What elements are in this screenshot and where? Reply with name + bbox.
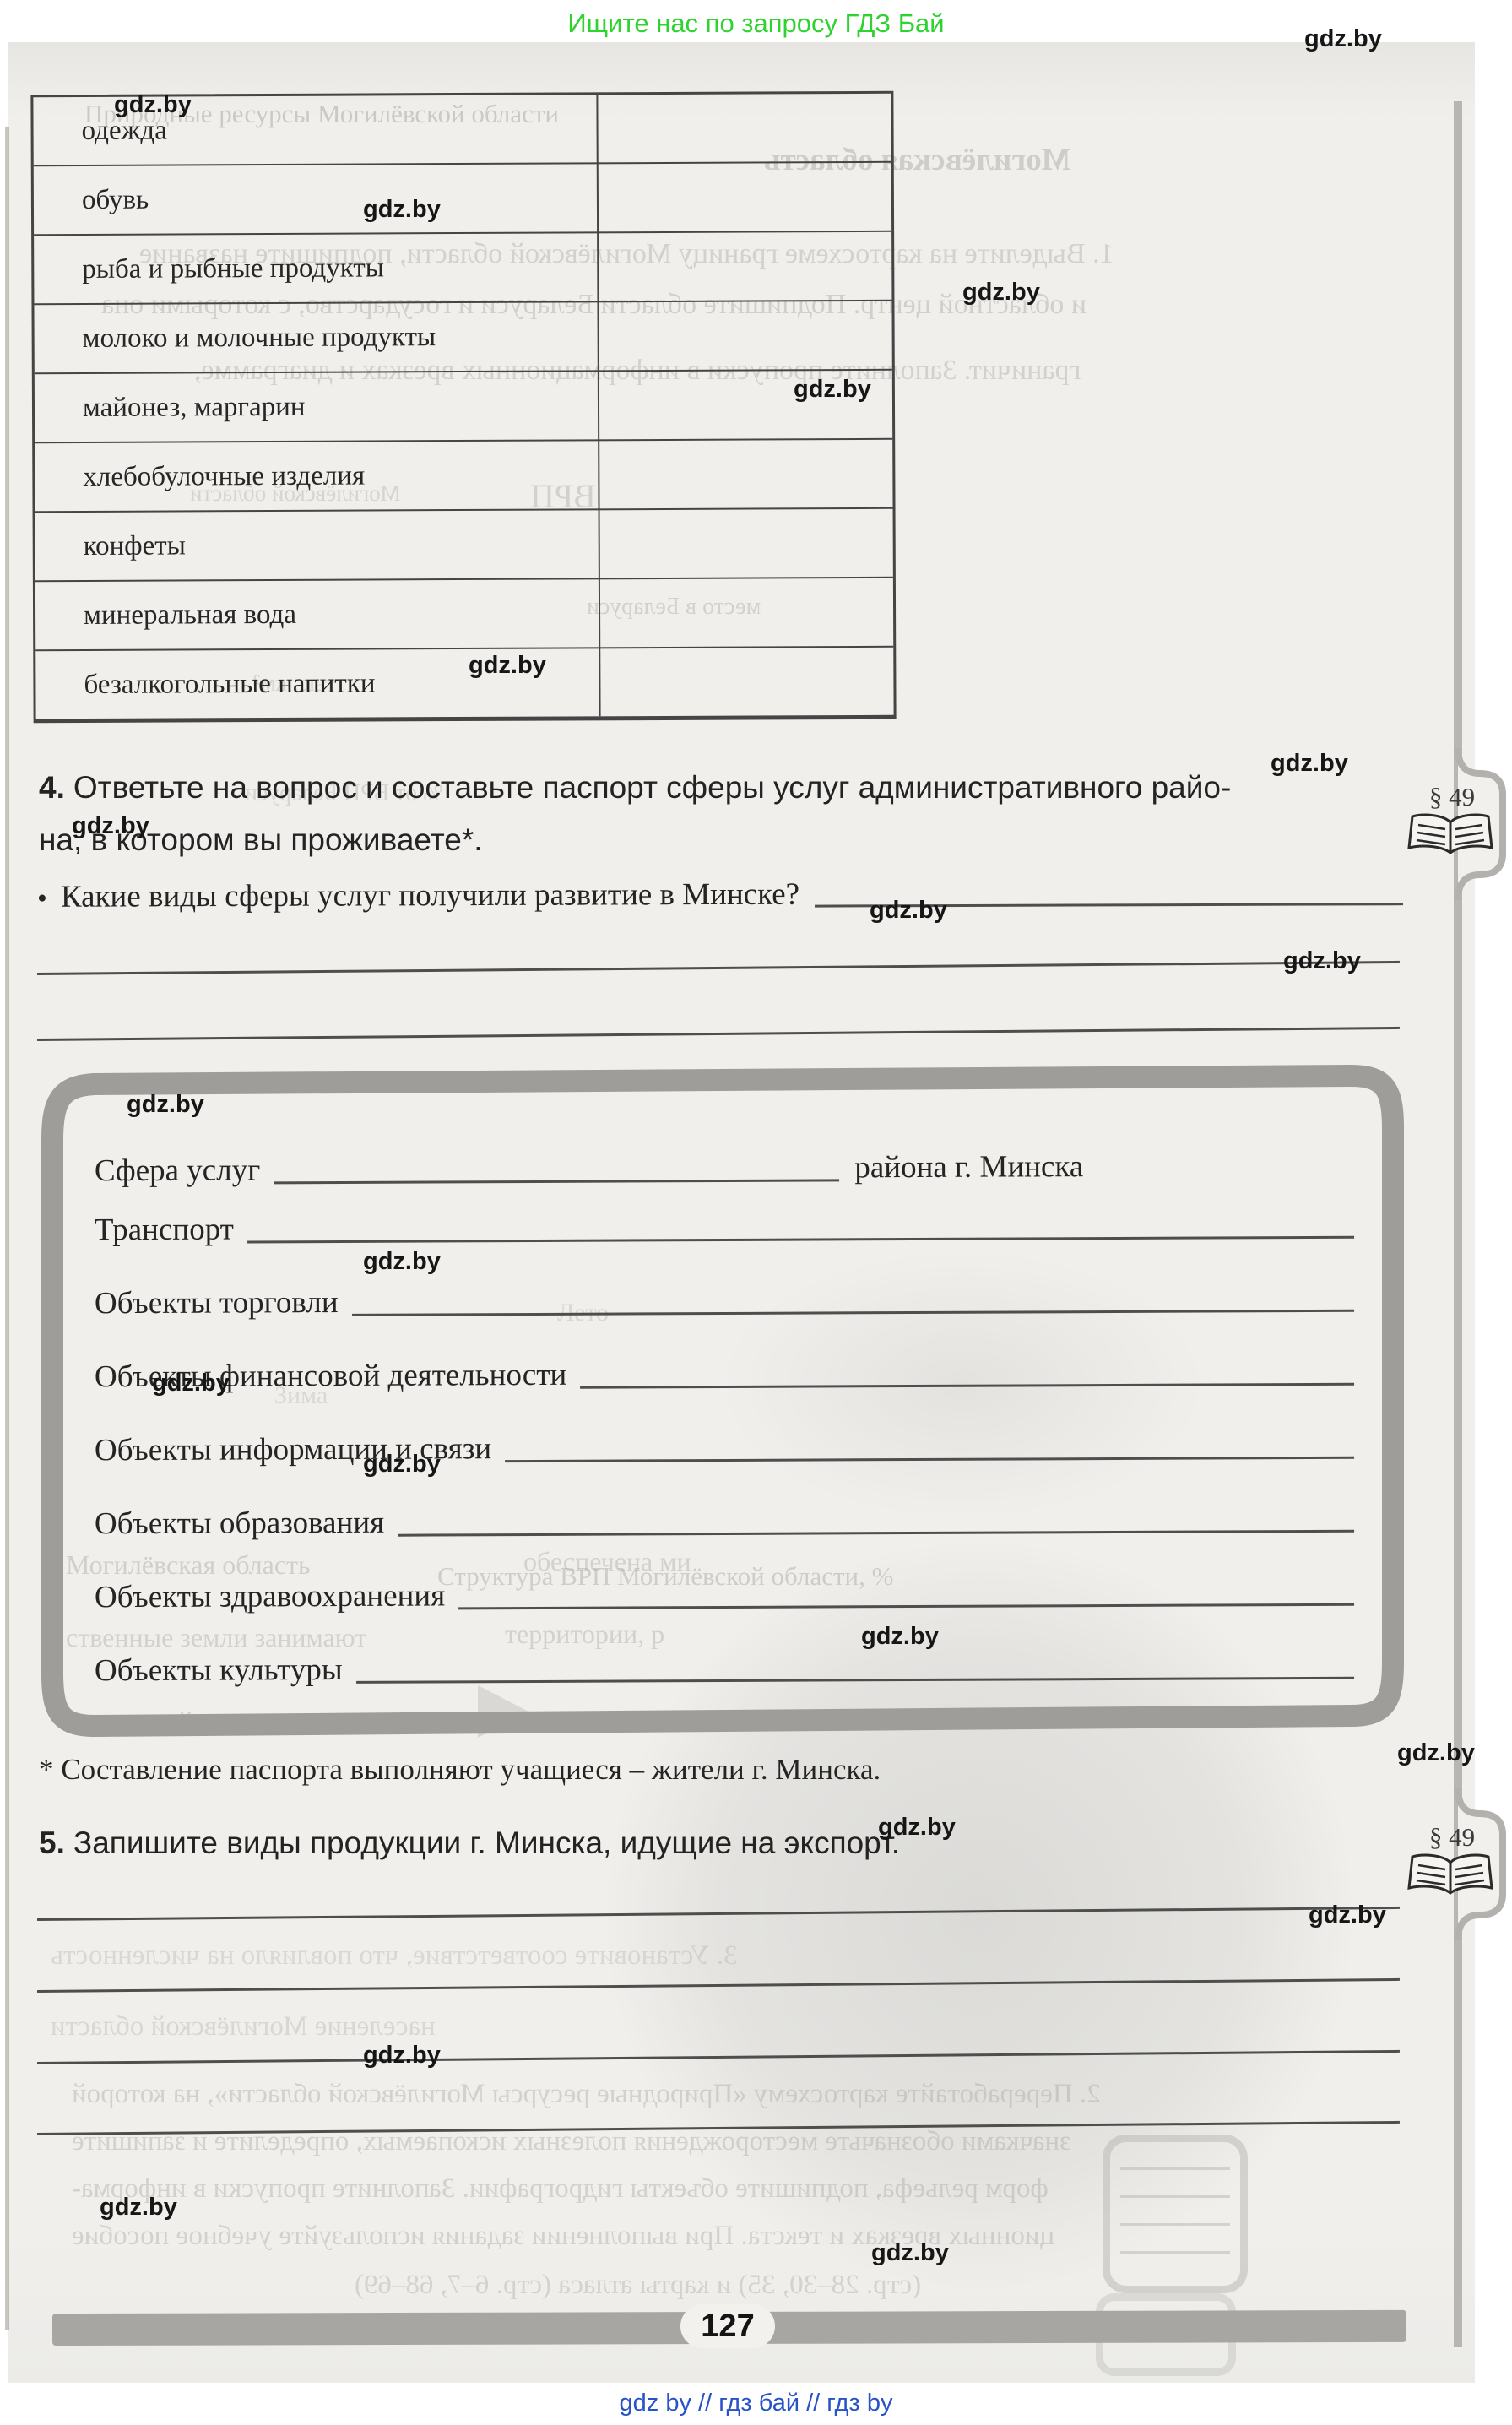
page-left-edge: [5, 127, 9, 2330]
gdz-watermark: gdz.by: [861, 1623, 939, 1651]
question-row: • Какие виды сферы услуг получили развит…: [37, 874, 1403, 915]
open-book-icon: [1406, 1849, 1494, 1900]
task5-heading: 5.Запишите виды продукции г. Минска, иду…: [39, 1826, 900, 1861]
gdz-watermark: gdz.by: [152, 1370, 230, 1397]
task5-text: Запишите виды продукции г. Минска, идущи…: [73, 1826, 900, 1860]
promo-banner: Ищите нас по запросу ГДЗ Бай: [0, 8, 1512, 39]
table-row: минеральная вода: [35, 578, 893, 651]
gdz-watermark: gdz.by: [100, 2194, 177, 2222]
passport-row-label: Объекты образования: [95, 1505, 384, 1542]
passport-row-label: Объекты здравоохранения: [95, 1577, 445, 1615]
bleedthrough-figure-box: [1103, 2135, 1248, 2293]
product-name: обувь: [82, 166, 149, 234]
bleedthrough-text: население Могилёвской области: [51, 2011, 436, 2042]
product-name: минеральная вода: [84, 581, 296, 649]
bullet-icon: •: [37, 883, 47, 915]
gdz-watermark: gdz.by: [363, 196, 441, 224]
answer-blank-line[interactable]: [274, 1172, 839, 1184]
table-row: рыба и рыбные продукты: [34, 232, 891, 305]
product-name: рыба и рыбные продукты: [82, 234, 384, 303]
open-book-icon: [1406, 809, 1494, 860]
gdz-watermark: gdz.by: [469, 652, 546, 680]
page-number: 127: [680, 2304, 775, 2348]
bleedthrough-text: Сельское хозяйство: [127, 1707, 360, 1738]
task4-heading-line1: 4.Ответьте на вопрос и составьте паспорт…: [39, 770, 1231, 806]
answer-blank-line[interactable]: [352, 1303, 1354, 1316]
site-links[interactable]: gdz by // гдз бай // гдз by: [0, 2390, 1512, 2417]
gdz-watermark: gdz.by: [72, 812, 149, 840]
bleedthrough-text: обеспечена ми: [523, 1547, 691, 1576]
table-row: майонез, маргарин: [35, 371, 892, 443]
answer-blank-line[interactable]: [580, 1376, 1354, 1389]
page-right-edge: [1454, 101, 1462, 2347]
bleedthrough-text: форм рельефа, подпишите объекты гидрогра…: [72, 2173, 1049, 2204]
gdz-watermark: gdz.by: [114, 91, 192, 119]
task4-number: 4.: [39, 770, 65, 805]
passport-row: Транспорт: [95, 1207, 1354, 1249]
passport-row: Объекты информации и связи: [95, 1427, 1354, 1469]
passport-title-row: Сфера услуг района г. Минска: [95, 1147, 1354, 1190]
table-row: хлебобулочные изделия: [35, 440, 892, 513]
table-row: обувь: [34, 163, 891, 236]
product-name: майонез, маргарин: [83, 373, 306, 442]
bleedthrough-text: 2. Переработайте картосхему «Природные р…: [72, 2079, 1101, 2109]
section-tab-paragraph[interactable]: § 49: [1410, 782, 1494, 812]
gdz-watermark: gdz.by: [363, 1248, 441, 1276]
passport-title-label: Сфера услуг: [95, 1152, 260, 1189]
gdz-watermark: gdz.by: [1397, 1739, 1475, 1767]
product-name: безалкогольные напитки: [84, 649, 375, 719]
gdz-watermark: gdz.by: [363, 2042, 441, 2070]
passport-row: Объекты торговли: [95, 1280, 1354, 1322]
bleedthrough-text: 3. Установите соответствие, что повлияло…: [51, 1940, 738, 1971]
table-row: молоко и молочные продукты: [34, 301, 891, 374]
gdz-watermark: gdz.by: [1304, 25, 1382, 53]
bleedthrough-text: ственные земли занимают: [66, 1623, 366, 1652]
gdz-watermark: gdz.by: [1283, 947, 1361, 975]
section-tab-paragraph[interactable]: § 49: [1410, 1822, 1494, 1853]
product-name: молоко и молочные продукты: [82, 303, 436, 372]
gdz-watermark: gdz.by: [878, 1814, 956, 1842]
table-row: безалкогольные напитки: [35, 648, 893, 719]
bleedthrough-text: Могилёвская область: [66, 1550, 311, 1580]
gdz-watermark: gdz.by: [363, 1451, 441, 1478]
question-text: Какие виды сферы услуг получили развитие…: [61, 876, 799, 915]
gdz-watermark: gdz.by: [127, 1091, 204, 1119]
answer-blank-line[interactable]: [247, 1229, 1354, 1244]
task5-number: 5.: [39, 1826, 65, 1860]
answer-blank-line[interactable]: [356, 1670, 1354, 1684]
gdz-watermark: gdz.by: [871, 2239, 949, 2267]
passport-row: Объекты культуры: [95, 1647, 1354, 1690]
passport-row: Объекты здравоохранения: [95, 1574, 1354, 1616]
bleedthrough-arrow-shape: [478, 1685, 528, 1738]
footnote: * Составление паспорта выполняют учащиес…: [39, 1753, 881, 1787]
table-row: конфеты: [35, 509, 893, 582]
gdz-watermark: gdz.by: [1271, 750, 1348, 778]
product-name: хлебобулочные изделия: [83, 442, 365, 511]
gdz-watermark: gdz.by: [1309, 1901, 1386, 1929]
answer-blank-line[interactable]: [398, 1523, 1354, 1537]
gdz-watermark: gdz.by: [794, 376, 871, 404]
bleedthrough-text: территории, р: [505, 1619, 664, 1649]
passport-title-suffix: района г. Минска: [854, 1148, 1083, 1185]
scanned-workbook-page: Ищите нас по запросу ГДЗ Бай Природные р…: [0, 0, 1512, 2425]
answer-blank-line[interactable]: [505, 1450, 1354, 1462]
passport-row-label: Объекты торговли: [95, 1284, 339, 1321]
passport-row: Объекты образования: [95, 1500, 1354, 1543]
passport-row: Объекты финансовой деятельности: [95, 1354, 1354, 1396]
gdz-watermark: gdz.by: [870, 897, 947, 925]
task4-text-line1: Ответьте на вопрос и составьте паспорт с…: [73, 770, 1231, 805]
gdz-watermark: gdz.by: [962, 279, 1040, 307]
product-name: конфеты: [84, 512, 186, 580]
passport-row-label: Транспорт: [95, 1212, 234, 1249]
products-table: одежда обувь рыба и рыбные продукты моло…: [30, 91, 896, 723]
answer-blank-line[interactable]: [458, 1597, 1354, 1610]
bleedthrough-text: (стр. 28–30, 35) и карты атласа (стр. 6–…: [355, 2270, 921, 2300]
passport-row-label: Объекты культуры: [95, 1652, 343, 1689]
